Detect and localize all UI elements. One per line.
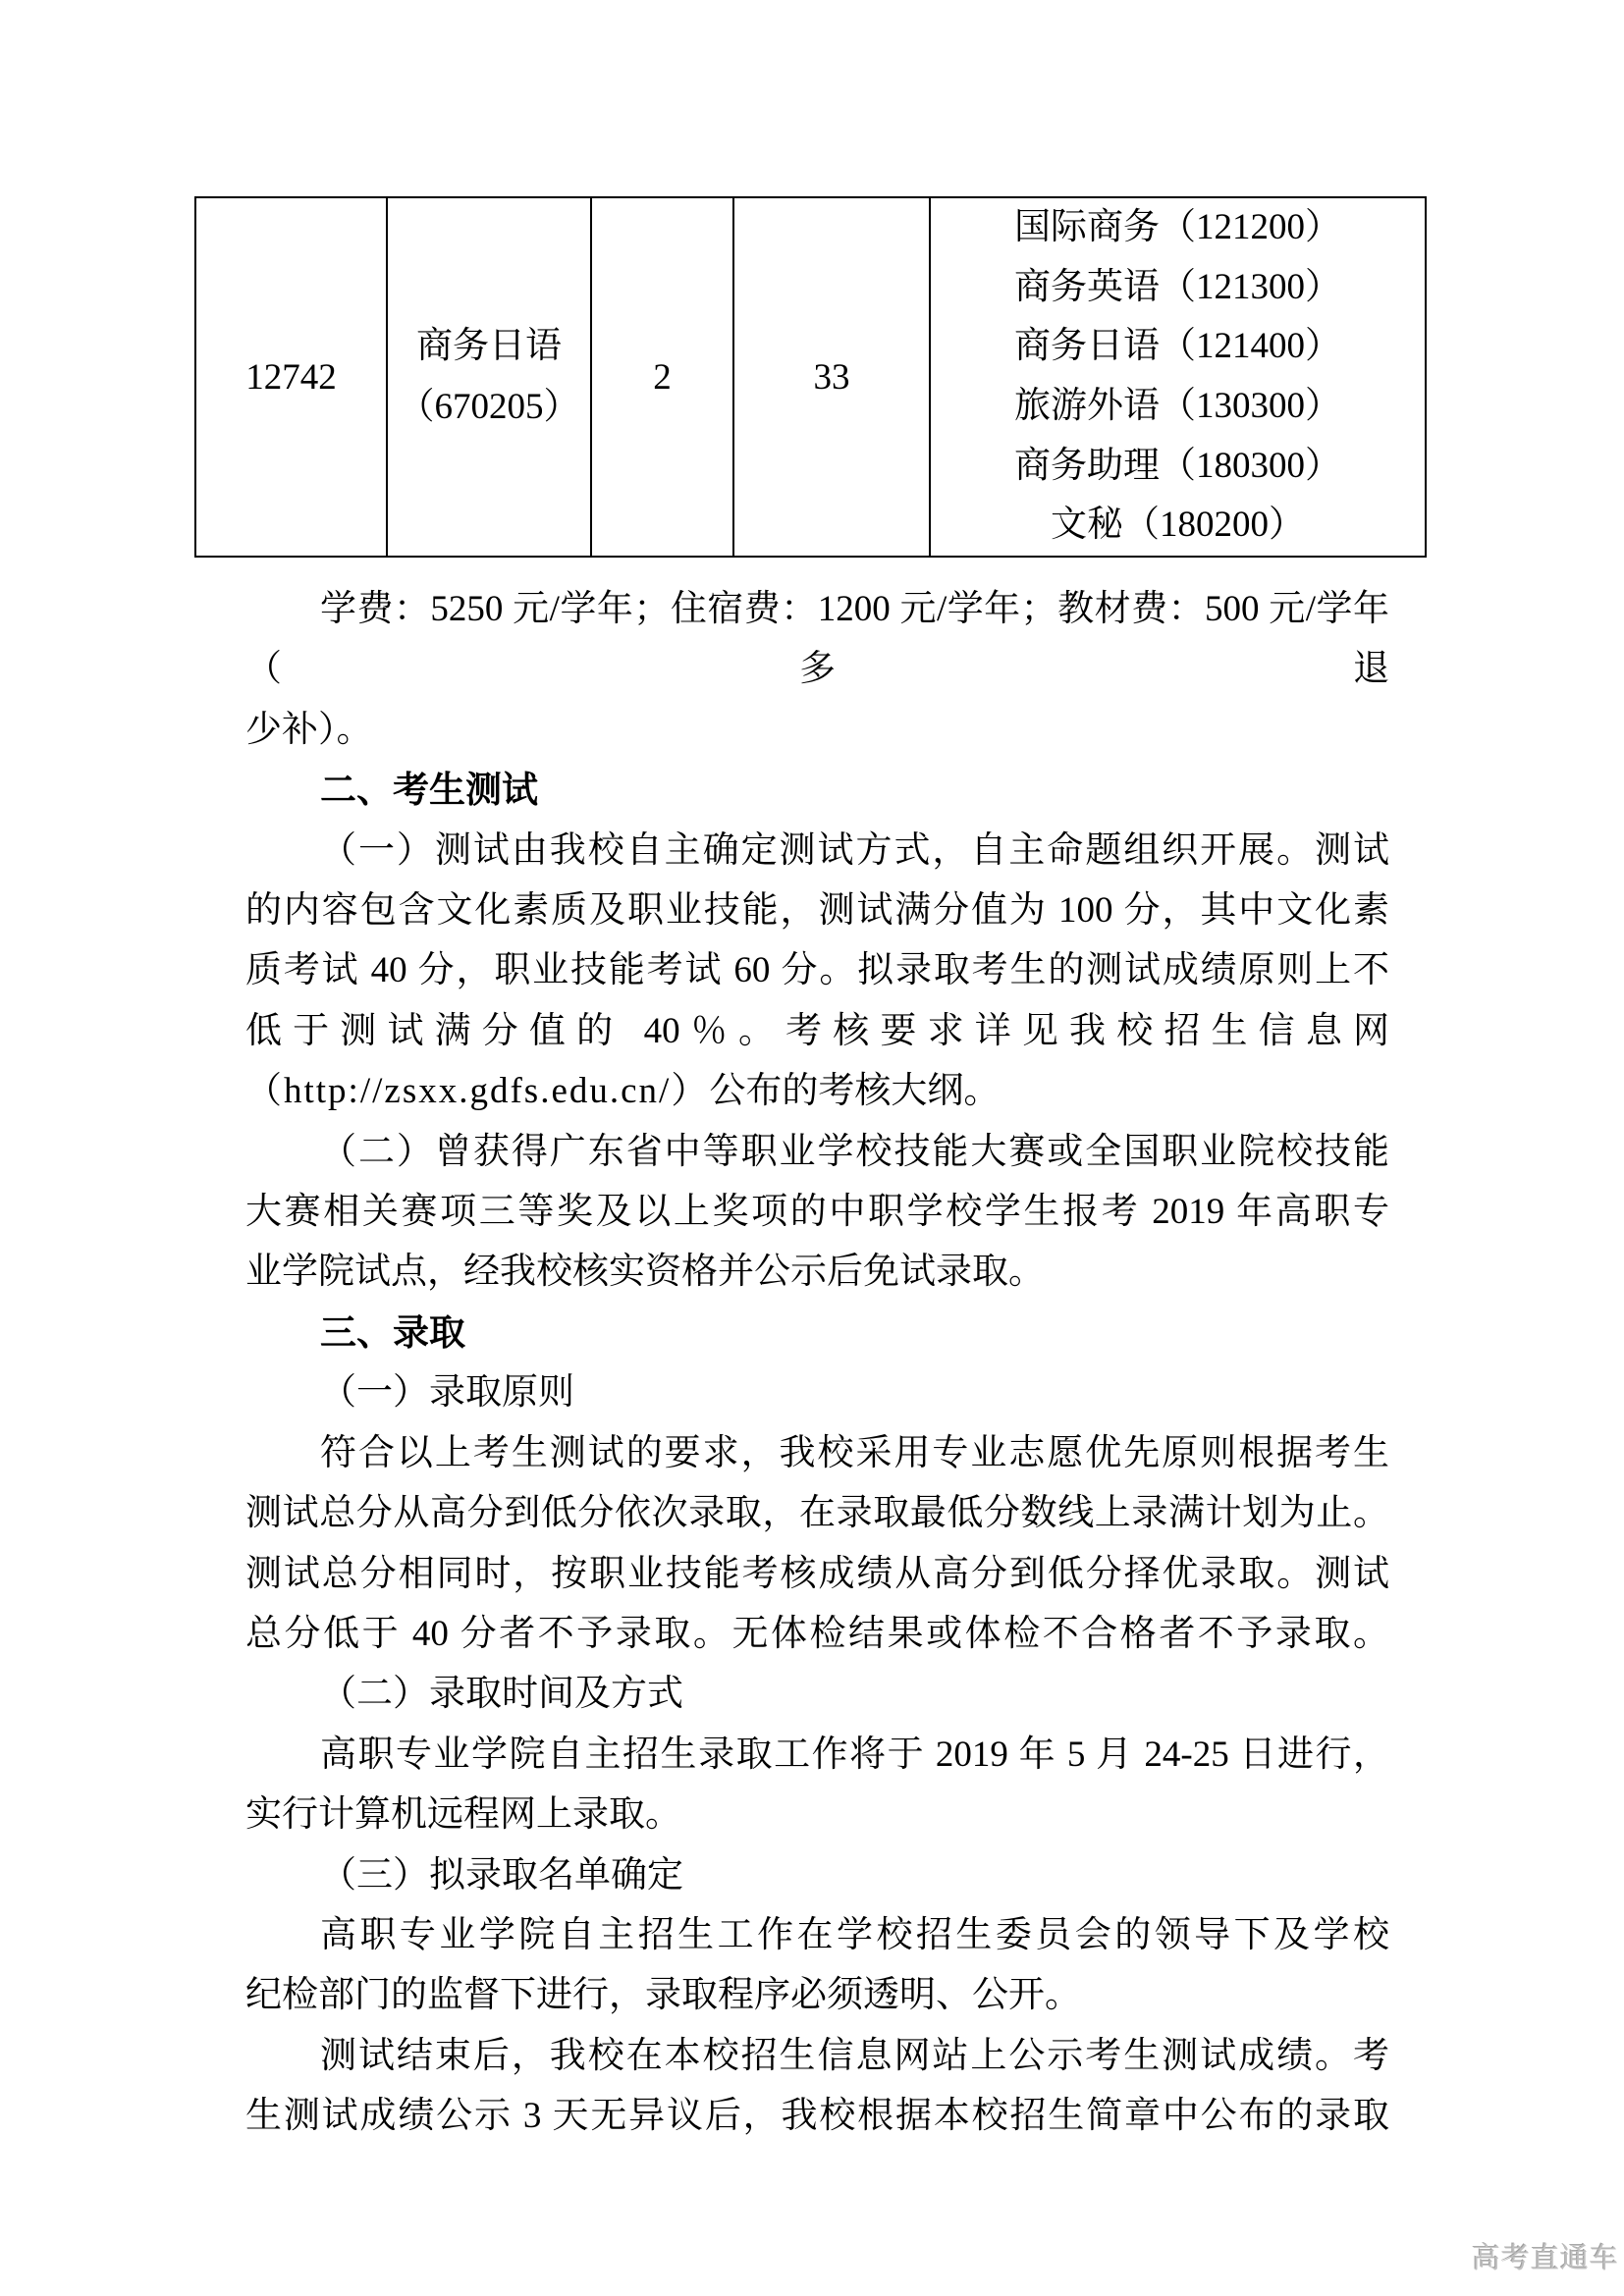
- related-major-item: 国际商务（121200）: [1014, 198, 1341, 258]
- major-name: 商务日语: [416, 316, 562, 377]
- table-cell-col4: 33: [734, 198, 931, 556]
- related-major-item: 旅游外语（130300）: [1014, 377, 1341, 437]
- subsection-heading: （二）录取时间及方式: [245, 1664, 1389, 1724]
- doc-line: 实行计算机远程网上录取。: [245, 1785, 1389, 1844]
- related-major-item: 商务英语（121300）: [1014, 258, 1341, 318]
- doc-line: 测试总分从高分到低分依次录取，在录取最低分数线上录满计划为止。: [245, 1483, 1389, 1543]
- fee-note-line: 学费：5250 元/学年；住宿费：1200 元/学年；教材费：500 元/学年（…: [245, 579, 1389, 700]
- fee-note-line: 少补）。: [245, 700, 1389, 760]
- document-body: 学费：5250 元/学年；住宿费：1200 元/学年；教材费：500 元/学年（…: [245, 579, 1389, 2147]
- subsection-heading: （三）拟录取名单确定: [245, 1845, 1389, 1905]
- doc-line: 大赛相关赛项三等奖及以上奖项的中职学校学生报考 2019 年高职专: [245, 1182, 1389, 1242]
- section-heading-admission: 三、录取: [245, 1303, 1389, 1362]
- doc-line: 测试总分相同时，按职业技能考核成绩从高分到低分择优录取。测试: [245, 1544, 1389, 1604]
- doc-line: 纪检部门的监督下进行，录取程序必须透明、公开。: [245, 1965, 1389, 2025]
- doc-line: 生测试成绩公示 3 天无异议后，我校根据本校招生简章中公布的录取: [245, 2086, 1389, 2146]
- related-major-item: 商务助理（180300）: [1014, 437, 1341, 497]
- doc-line-with-url: （http://zsxx.gdfs.edu.cn/）公布的考核大纲。: [245, 1061, 1389, 1121]
- col4-value: 33: [814, 356, 850, 399]
- doc-line: 高职专业学院自主招生工作在学校招生委员会的领导下及学校: [245, 1905, 1389, 1965]
- major-code: （670205）: [399, 377, 580, 438]
- table-cell-major: 商务日语 （670205）: [388, 198, 592, 556]
- subsection-heading: （一）录取原则: [245, 1362, 1389, 1422]
- table-cell-school-code: 12742: [196, 198, 388, 556]
- doc-line: 总分低于 40 分者不予录取。无体检结果或体检不合格者不予录取。: [245, 1604, 1389, 1664]
- related-major-item: 商务日语（121400）: [1014, 317, 1341, 377]
- doc-line: 高职专业学院自主招生录取工作将于 2019 年 5 月 24-25 日进行，: [245, 1725, 1389, 1785]
- school-code: 12742: [245, 356, 337, 399]
- doc-line: 低于测试满分值的 40％。考核要求详见我校招生信息网: [245, 1001, 1389, 1061]
- doc-line-text: 公布的考核大纲。: [709, 1071, 1000, 1111]
- table-cell-related-majors: 国际商务（121200） 商务英语（121300） 商务日语（121400） 旅…: [931, 198, 1425, 556]
- table-cell-col3: 2: [592, 198, 734, 556]
- doc-line: （二）曾获得广东省中等职业学校技能大赛或全国职业院校技能: [245, 1122, 1389, 1182]
- doc-line: 业学院试点，经我校核实资格并公示后免试录取。: [245, 1242, 1389, 1302]
- website-url: （http://zsxx.gdfs.edu.cn/）: [245, 1071, 709, 1111]
- doc-line: （一）测试由我校自主确定测试方式，自主命题组织开展。测试: [245, 821, 1389, 881]
- doc-line: 测试结束后，我校在本校招生信息网站上公示考生测试成绩。考: [245, 2026, 1389, 2086]
- col3-value: 2: [653, 356, 672, 399]
- document-page: 12742 商务日语 （670205） 2 33 国际商务（121200） 商务…: [0, 0, 1624, 2296]
- watermark-gaokao-zhitongche: 高考直通车: [1472, 2236, 1619, 2276]
- doc-line: 符合以上考生测试的要求，我校采用专业志愿优先原则根据考生: [245, 1423, 1389, 1483]
- related-major-item: 文秘（180200）: [1051, 496, 1305, 556]
- doc-line: 质考试 40 分，职业技能考试 60 分。拟录取考生的测试成绩原则上不: [245, 940, 1389, 1000]
- section-heading-candidate-test: 二、考生测试: [245, 760, 1389, 820]
- admission-plan-table: 12742 商务日语 （670205） 2 33 国际商务（121200） 商务…: [194, 196, 1427, 558]
- doc-line: 的内容包含文化素质及职业技能，测试满分值为 100 分，其中文化素: [245, 881, 1389, 940]
